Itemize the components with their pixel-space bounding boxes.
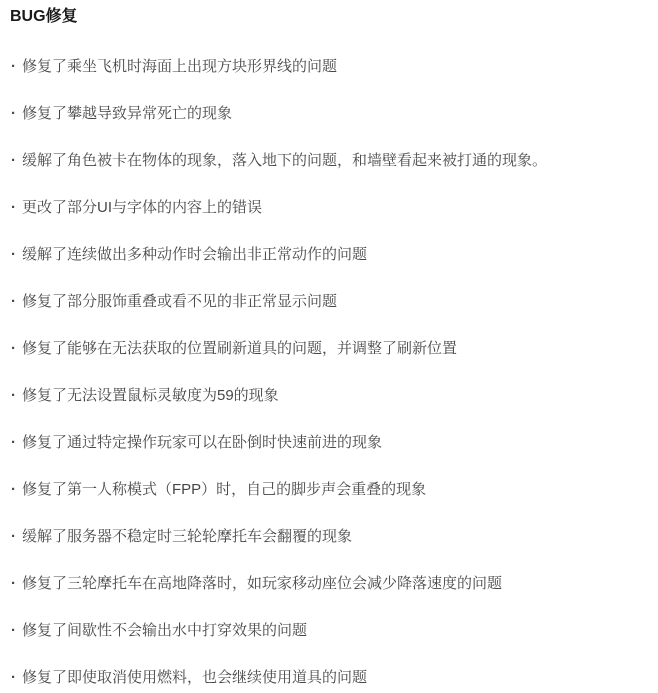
list-item: 修复了乘坐飞机时海面上出现方块形界线的问题 [10, 57, 650, 77]
list-item: 缓解了服务器不稳定时三轮轮摩托车会翻覆的现象 [10, 527, 650, 547]
list-item: 缓解了角色被卡在物体的现象，落入地下的问题，和墙壁看起来被打通的现象。 [10, 151, 650, 171]
list-item: 修复了部分服饰重叠或看不见的非正常显示问题 [10, 292, 650, 312]
list-item: 修复了攀越导致异常死亡的现象 [10, 104, 650, 124]
list-item: 修复了通过特定操作玩家可以在卧倒时快速前进的现象 [10, 433, 650, 453]
list-item: 修复了即使取消使用燃料，也会继续使用道具的问题 [10, 668, 650, 688]
list-item: 修复了无法设置鼠标灵敏度为59的现象 [10, 386, 650, 406]
list-item: 修复了第一人称模式（FPP）时，自己的脚步声会重叠的现象 [10, 480, 650, 500]
list-item: 修复了能够在无法获取的位置刷新道具的问题，并调整了刷新位置 [10, 339, 650, 359]
patch-notes-page: BUG修复 修复了乘坐飞机时海面上出现方块形界线的问题 修复了攀越导致异常死亡的… [0, 0, 658, 693]
list-item: 修复了间歇性不会输出水中打穿效果的问题 [10, 621, 650, 641]
bugfix-list: 修复了乘坐飞机时海面上出现方块形界线的问题 修复了攀越导致异常死亡的现象 缓解了… [10, 57, 650, 688]
list-item: 缓解了连续做出多种动作时会输出非正常动作的问题 [10, 245, 650, 265]
section-title: BUG修复 [10, 7, 650, 27]
list-item: 更改了部分UI与字体的内容上的错误 [10, 198, 650, 218]
list-item: 修复了三轮摩托车在高地降落时，如玩家移动座位会减少降落速度的问题 [10, 574, 650, 594]
